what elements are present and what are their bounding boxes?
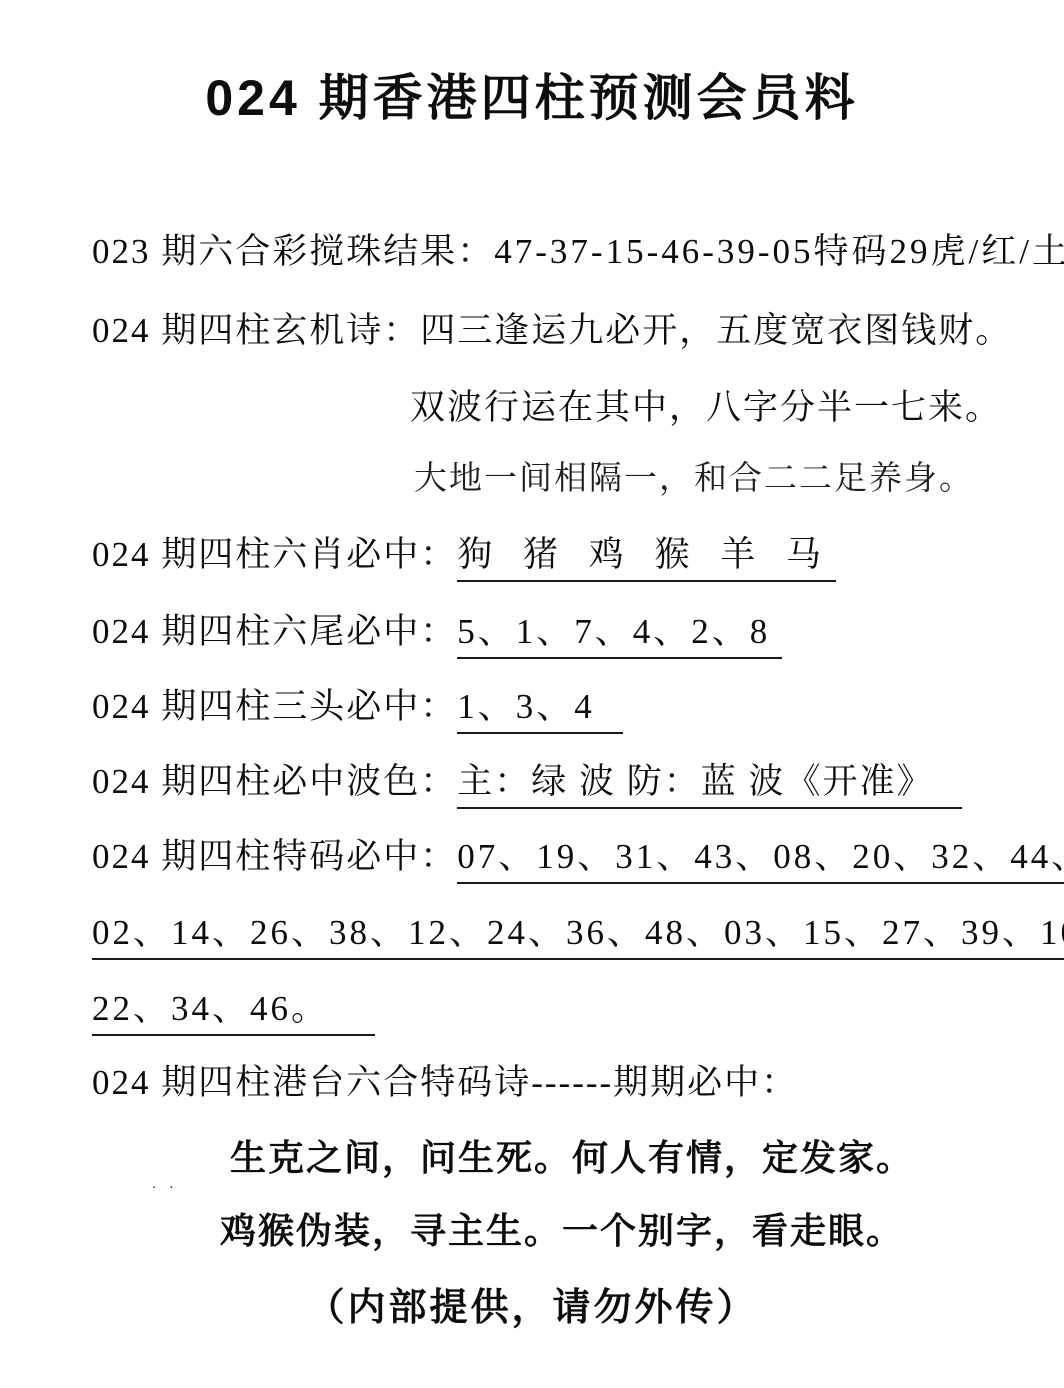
special-codes-row1: 07、19、31、43、08、20、32、44、 [457, 837, 1064, 884]
mystic-poem-label: 024 期四柱玄机诗： [92, 311, 420, 350]
wave-color-line: 024 期四柱必中波色：主：绿 波 防：蓝 波《开准》 [92, 754, 962, 804]
special-codes-row3: 22、34、46。 [92, 989, 375, 1036]
six-zodiac-value: 狗 猪 鸡 猴 羊 马 [457, 535, 836, 582]
footer-notice: （内部提供，请勿外传） [0, 1276, 1064, 1331]
special-codes-line3: 22、34、46。 [92, 981, 375, 1031]
six-zodiac-line: 024 期四柱六肖必中：狗 猪 鸡 猴 羊 马 [92, 527, 836, 577]
special-codes-line1: 024 期四柱特码必中：07、19、31、43、08、20、32、44、 [92, 829, 1064, 879]
mystic-poem-verse2: 双波行运在其中，八字分半一七来。 [410, 380, 1002, 430]
scan-artifact-dots: . . [152, 1176, 178, 1193]
special-codes-line2: 02、14、26、38、12、24、36、48、03、15、27、39、10、 [92, 905, 1064, 955]
special-poem-verse2: 鸡猴伪装，寻主生。一个别字，看走眼。 [220, 1203, 904, 1254]
special-poem-verse1: 生克之间，问生死。何人有情，定发家。 [230, 1130, 914, 1181]
six-zodiac-label: 024 期四柱六肖必中： [92, 535, 457, 574]
mystic-poem-verse1: 四三逢运九必开，五度宽衣图钱财。 [420, 311, 1012, 350]
special-poem-title: 024 期四柱港台六合特码诗------期期必中： [92, 1055, 798, 1105]
document-page: 024 期香港四柱预测会员料 023 期六合彩搅珠结果：47-37-15-46-… [0, 0, 1064, 1388]
last-result-label: 023 期六合彩搅珠结果： [92, 232, 494, 271]
three-heads-label: 024 期四柱三头必中： [92, 687, 457, 726]
wave-color-value: 主：绿 波 防：蓝 波《开准》 [457, 762, 961, 809]
three-heads-line: 024 期四柱三头必中：1、3、4 [92, 679, 623, 729]
special-codes-label: 024 期四柱特码必中： [92, 837, 457, 876]
page-title: 024 期香港四柱预测会员料 [0, 58, 1064, 130]
last-result-line: 023 期六合彩搅珠结果：47-37-15-46-39-05特码29虎/红/土 [92, 224, 1064, 274]
six-tails-label: 024 期四柱六尾必中： [92, 612, 457, 651]
three-heads-value: 1、3、4 [457, 687, 623, 734]
special-codes-row2: 02、14、26、38、12、24、36、48、03、15、27、39、10、 [92, 913, 1064, 960]
wave-color-label: 024 期四柱必中波色： [92, 762, 457, 801]
six-tails-line: 024 期四柱六尾必中：5、1、7、4、2、8 [92, 604, 782, 654]
mystic-poem-verse3: 大地一间相隔一，和合二二足养身。 [414, 452, 974, 499]
six-tails-value: 5、1、7、4、2、8 [457, 612, 782, 659]
last-result-value: 47-37-15-46-39-05特码29虎/红/土 [494, 232, 1064, 271]
mystic-poem-line1: 024 期四柱玄机诗：四三逢运九必开，五度宽衣图钱财。 [92, 303, 1012, 353]
